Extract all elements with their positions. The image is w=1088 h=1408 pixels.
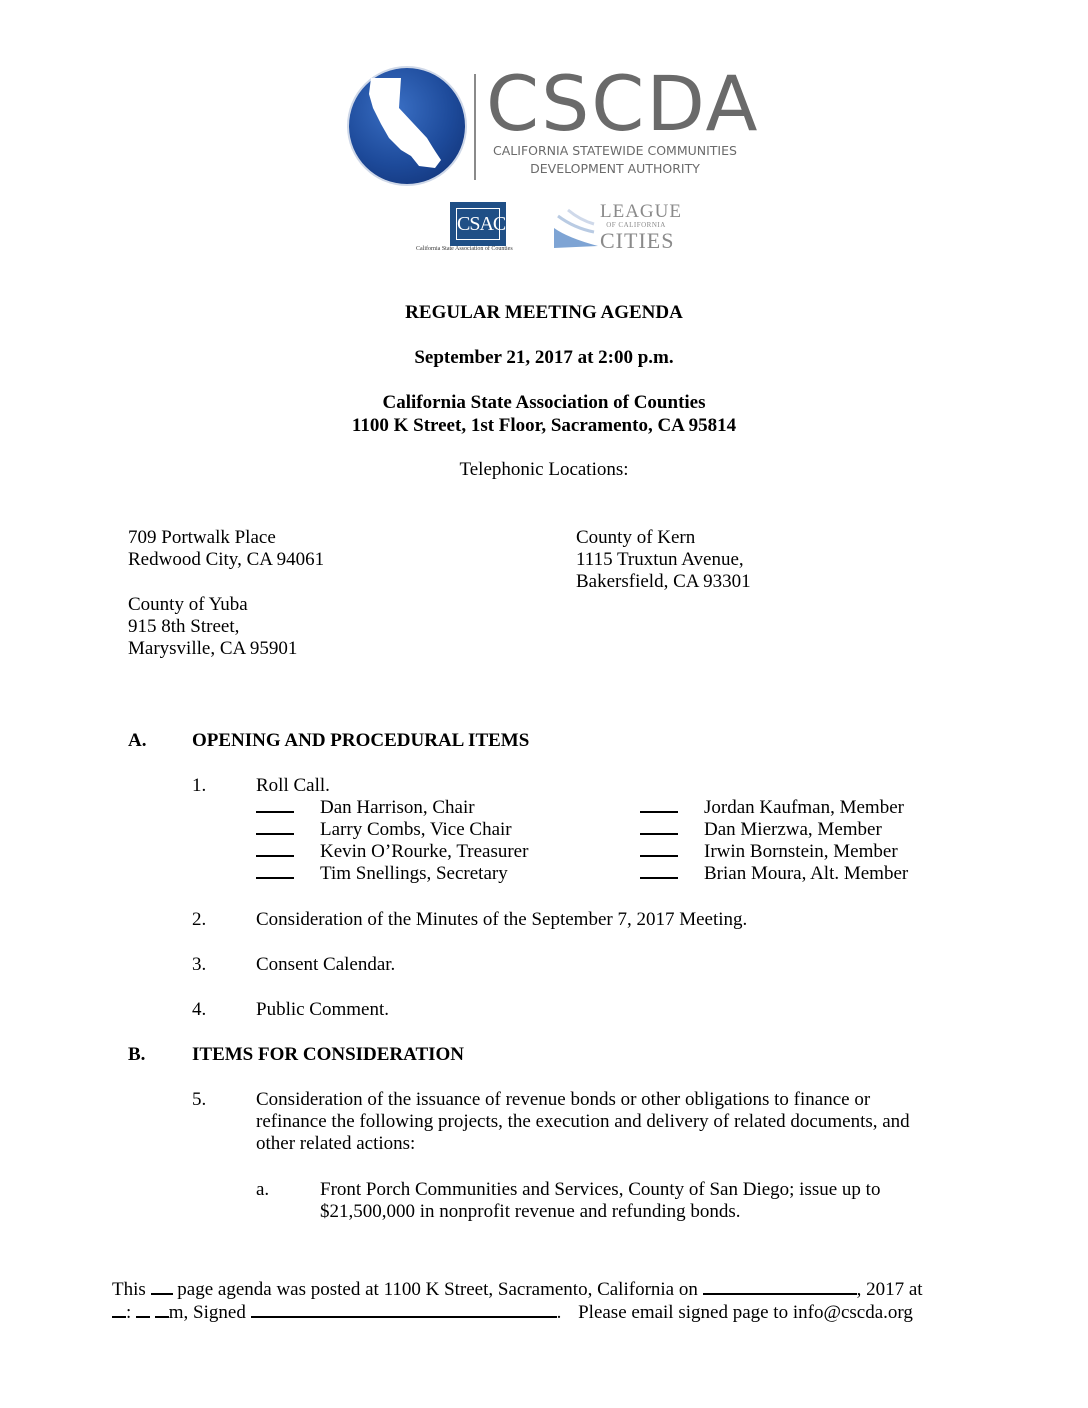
page-count-blank (151, 1279, 173, 1295)
location-kern: County of Kern 1115 Truxtun Avenue, Bake… (576, 527, 751, 593)
item-4-number: 4. (192, 999, 206, 1021)
checkbox-blank (256, 841, 294, 857)
item-2-number: 2. (192, 909, 206, 931)
location-line: Redwood City, CA 94061 (128, 549, 324, 571)
location-redwood-city: 709 Portwalk Place Redwood City, CA 9406… (128, 527, 324, 571)
checkbox-blank (640, 819, 678, 835)
posting-certification-line2: : m, Signed . Please email signed page t… (112, 1302, 952, 1324)
csac-logo: CSAC (450, 202, 506, 246)
member-name: Brian Moura, Alt. Member (704, 863, 908, 884)
roll-call-row: Brian Moura, Alt. Member (640, 863, 908, 885)
roll-call-row: Larry Combs, Vice Chair (256, 819, 528, 841)
footer-text: : (126, 1302, 131, 1323)
member-name: Kevin O’Rourke, Treasurer (320, 841, 528, 862)
cscda-wordmark: CSCDA (486, 66, 760, 142)
location-yuba: County of Yuba 915 8th Street, Marysvill… (128, 594, 297, 660)
hour-blank (112, 1302, 126, 1318)
item-5-line: Consideration of the issuance of revenue… (256, 1089, 910, 1111)
checkbox-blank (640, 841, 678, 857)
item-1-number: 1. (192, 775, 206, 797)
roll-call-right: Jordan Kaufman, Member Dan Mierzwa, Memb… (640, 797, 908, 885)
minute-blank (136, 1302, 150, 1318)
item-5-line: refinance the following projects, the ex… (256, 1111, 910, 1133)
section-a-title: OPENING AND PROCEDURAL ITEMS (192, 730, 529, 752)
location-line: 1115 Truxtun Avenue, (576, 549, 751, 571)
csac-mark: CSAC (456, 208, 500, 240)
location-line: County of Yuba (128, 594, 297, 616)
checkbox-blank (640, 863, 678, 879)
section-b-title: ITEMS FOR CONSIDERATION (192, 1044, 464, 1066)
location-line: County of Kern (576, 527, 751, 549)
telephonic-label: Telephonic Locations: (0, 459, 1088, 481)
signature-blank (251, 1302, 557, 1318)
location-line: 915 8th Street, (128, 616, 297, 638)
league-swoosh-icon (554, 208, 598, 248)
league-line3: CITIES (600, 230, 672, 252)
footer-text: m, Signed (169, 1302, 246, 1323)
item-5-text: Consideration of the issuance of revenue… (256, 1089, 910, 1155)
roll-call-left: Dan Harrison, Chair Larry Combs, Vice Ch… (256, 797, 528, 885)
member-name: Dan Harrison, Chair (320, 797, 475, 818)
california-state-icon (349, 68, 465, 184)
cscda-full-name: CALIFORNIA STATEWIDE COMMUNITIES DEVELOP… (486, 142, 744, 178)
checkbox-blank (640, 797, 678, 813)
full-name-line2: DEVELOPMENT AUTHORITY (486, 160, 744, 178)
section-a-letter: A. (128, 730, 146, 752)
california-seal-logo (349, 68, 465, 184)
date-blank (703, 1279, 857, 1295)
item-5-line: other related actions: (256, 1133, 910, 1155)
roll-call-row: Irwin Bornstein, Member (640, 841, 908, 863)
csac-caption: California State Association of Counties (416, 246, 513, 252)
section-b-letter: B. (128, 1044, 145, 1066)
checkbox-blank (256, 863, 294, 879)
roll-call-row: Dan Harrison, Chair (256, 797, 528, 819)
member-name: Jordan Kaufman, Member (704, 797, 904, 818)
member-name: Tim Snellings, Secretary (320, 863, 508, 884)
item-4-text: Public Comment. (256, 999, 389, 1021)
league-line1: LEAGUE (600, 202, 672, 221)
roll-call-row: Tim Snellings, Secretary (256, 863, 528, 885)
item-2-text: Consideration of the Minutes of the Sept… (256, 909, 747, 931)
roll-call-row: Kevin O’Rourke, Treasurer (256, 841, 528, 863)
logo-divider (474, 74, 476, 180)
league-of-cities-logo: LEAGUE OF CALIFORNIA CITIES (600, 202, 672, 252)
checkbox-blank (256, 797, 294, 813)
location-line: 709 Portwalk Place (128, 527, 324, 549)
roll-call-row: Jordan Kaufman, Member (640, 797, 908, 819)
member-name: Larry Combs, Vice Chair (320, 819, 512, 840)
full-name-line1: CALIFORNIA STATEWIDE COMMUNITIES (486, 142, 744, 160)
footer-text: , 2017 at (857, 1279, 923, 1300)
member-name: Irwin Bornstein, Member (704, 841, 898, 862)
posting-certification-line1: This page agenda was posted at 1100 K St… (112, 1279, 952, 1301)
item-5a-letter: a. (256, 1179, 269, 1201)
member-name: Dan Mierzwa, Member (704, 819, 882, 840)
email-instruction: Please email signed page to info@cscda.o… (578, 1302, 913, 1323)
item-1-text: Roll Call. (256, 775, 330, 797)
agenda-title: REGULAR MEETING AGENDA (0, 302, 1088, 324)
meeting-venue: California State Association of Counties (0, 392, 1088, 414)
checkbox-blank (256, 819, 294, 835)
location-line: Marysville, CA 95901 (128, 638, 297, 660)
item-5a-line: $21,500,000 in nonprofit revenue and ref… (320, 1201, 880, 1223)
footer-text: . (557, 1302, 562, 1323)
ampm-blank (155, 1302, 169, 1318)
footer-text: This (112, 1279, 146, 1300)
item-3-number: 3. (192, 954, 206, 976)
item-5a-text: Front Porch Communities and Services, Co… (320, 1179, 880, 1223)
location-line: Bakersfield, CA 93301 (576, 571, 751, 593)
roll-call-row: Dan Mierzwa, Member (640, 819, 908, 841)
item-5-number: 5. (192, 1089, 206, 1111)
footer-text: page agenda was posted at 1100 K Street,… (177, 1279, 698, 1300)
meeting-datetime: September 21, 2017 at 2:00 p.m. (0, 347, 1088, 369)
item-3-text: Consent Calendar. (256, 954, 395, 976)
meeting-address: 1100 K Street, 1st Floor, Sacramento, CA… (0, 415, 1088, 437)
item-5a-line: Front Porch Communities and Services, Co… (320, 1179, 880, 1201)
